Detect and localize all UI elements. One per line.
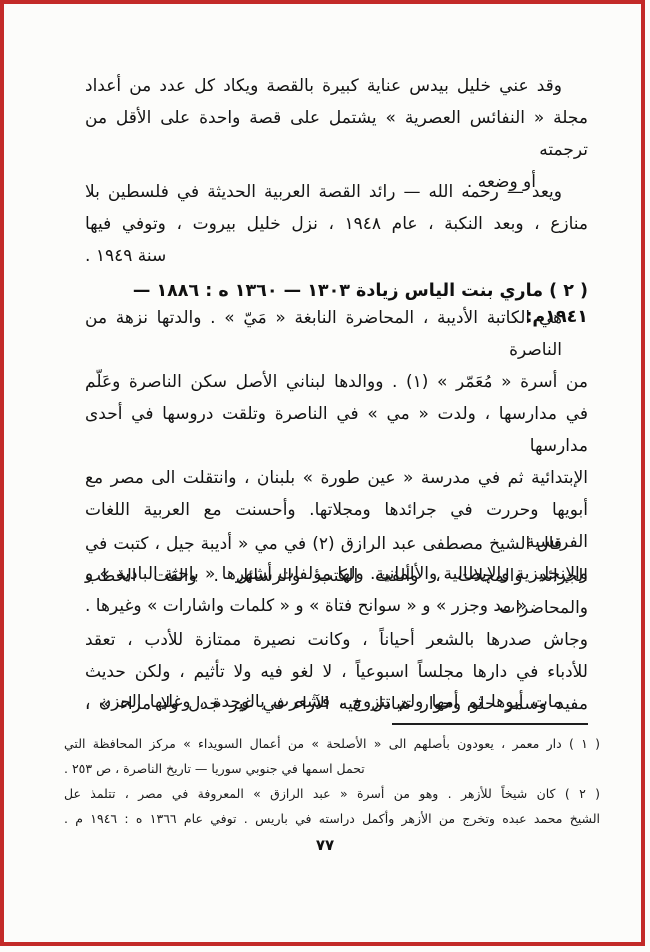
paragraph-line: وقد عني خليل بيدس عناية كبيرة بالقصة ويك… — [85, 70, 588, 102]
paragraph-line: مجلة « النفائس العصرية » يشتمل على قصة و… — [85, 102, 588, 166]
scanned-book-page: وقد عني خليل بيدس عناية كبيرة بالقصة ويك… — [0, 0, 650, 952]
paragraph-line: من أسرة « مُعَمّر » (١) . ووالدها لبناني… — [85, 366, 588, 398]
footnote-line: ( ٢ ) كان شيخاً للأزهر . وهو من أسرة « ع… — [64, 781, 600, 806]
paragraph-line: هي الكاتبة الأديبة ، المحاضرة النابغة « … — [85, 302, 588, 366]
paragraph-line: سنة ١٩٤٩ . — [85, 240, 588, 272]
paragraph-line: منازع ، وبعد النكبة ، عام ١٩٤٨ ، نزل خلي… — [85, 208, 588, 240]
page-number: ٧٧ — [0, 836, 650, 854]
paragraph-line: وجاش صدرها بالشعر أحياناً ، وكانت نصيرة … — [85, 624, 588, 656]
paragraph-line: مات أبوها ثم أمها ولم تتزوج ، فشعرت بالو… — [85, 686, 588, 718]
footnote-2-azhar-sheikh: ( ٢ ) كان شيخاً للأزهر . وهو من أسرة « ع… — [64, 781, 600, 831]
paragraph-line: الجرائد والمجلات ، وألفت الكتب والرسائل … — [85, 560, 588, 624]
paragraph-line: ويعد — رحمه الله — رائد القصة العربية ال… — [85, 176, 588, 208]
footnote-line: تحمل اسمها في جنوبي سوريا — تاريخ الناصر… — [64, 756, 600, 781]
paragraph-line: للأدباء في دارها مجلساً اسبوعياً ، لا لغ… — [85, 656, 588, 688]
footnote-1-muammar-family: ( ١ ) دار معمر ، يعودون بأصلهم الى « الأ… — [64, 731, 600, 781]
paragraph-line: الإبتدائية ثم في مدرسة « عين طورة » بلبن… — [85, 462, 588, 494]
paragraph-line: في مدارسها ، ولدت « مي » في الناصرة وتلق… — [85, 398, 588, 462]
footnote-line: الشيخ محمد عبده وتخرج من الأزهر وأكمل در… — [64, 806, 600, 831]
paragraph-parents-death: مات أبوها ثم أمها ولم تتزوج ، فشعرت بالو… — [85, 686, 588, 718]
footnote-line: ( ١ ) دار معمر ، يعودون بأصلهم الى « الأ… — [64, 731, 600, 756]
paragraph-line: قال الشيخ مصطفى عبد الرازق (٢) في مي « أ… — [85, 528, 588, 560]
footnote-separator-rule — [392, 723, 588, 725]
paragraph-khalil-baydas-death: ويعد — رحمه الله — رائد القصة العربية ال… — [85, 176, 588, 272]
